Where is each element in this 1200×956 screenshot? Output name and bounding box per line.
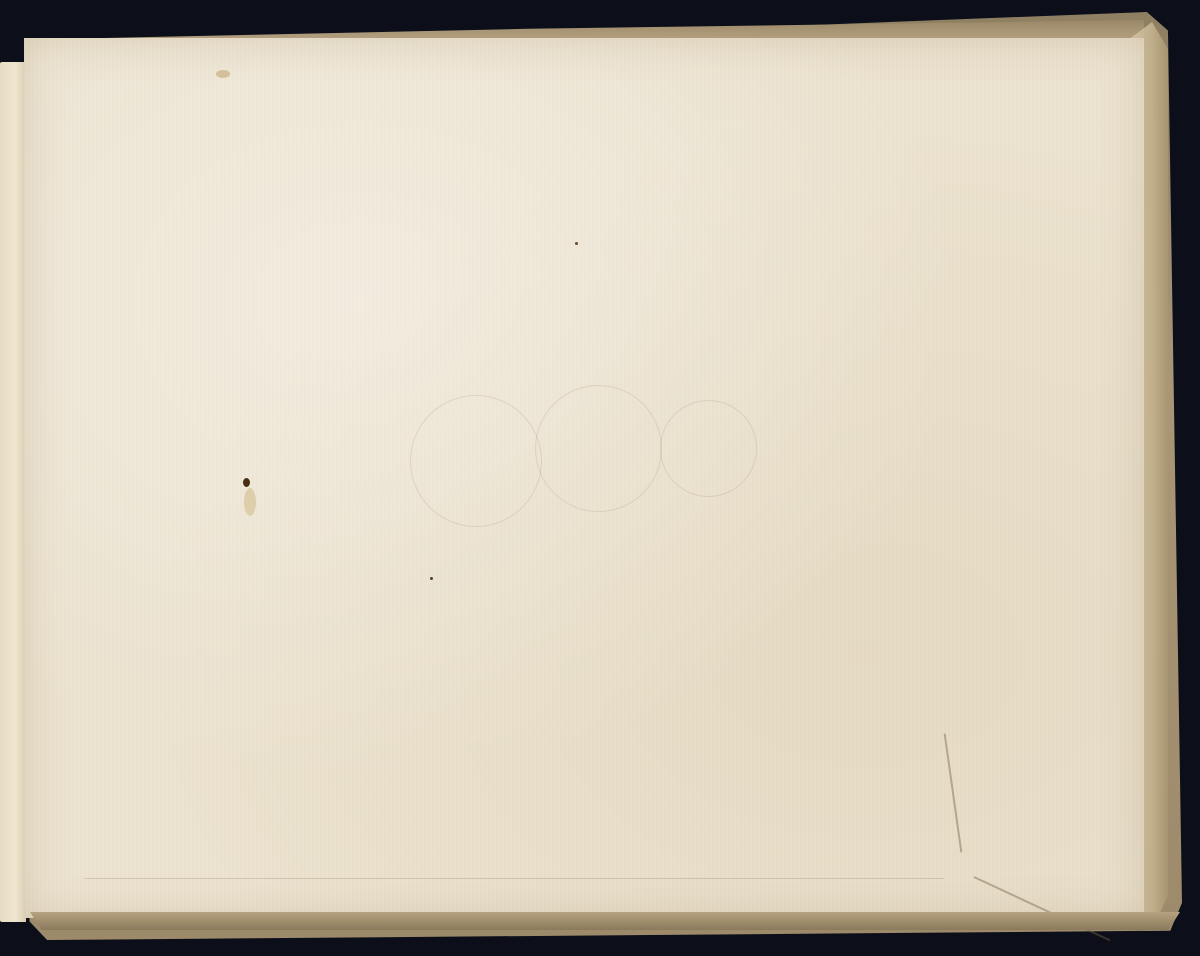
foxing-spot-top <box>216 70 230 78</box>
ghost-circle-1 <box>410 395 542 527</box>
vertical-crease <box>944 733 963 852</box>
water-stain <box>244 488 256 516</box>
bottom-crease <box>84 878 944 879</box>
speck-2 <box>430 577 433 580</box>
bottom-stained-edge <box>30 912 1180 930</box>
previous-page-stub <box>0 62 26 922</box>
ghost-circle-3 <box>660 400 757 497</box>
ghost-circle-2 <box>535 385 662 512</box>
dark-background <box>0 0 1200 956</box>
blank-paper-page <box>24 38 1144 918</box>
ink-spot <box>243 478 250 487</box>
speck-1 <box>575 242 578 245</box>
